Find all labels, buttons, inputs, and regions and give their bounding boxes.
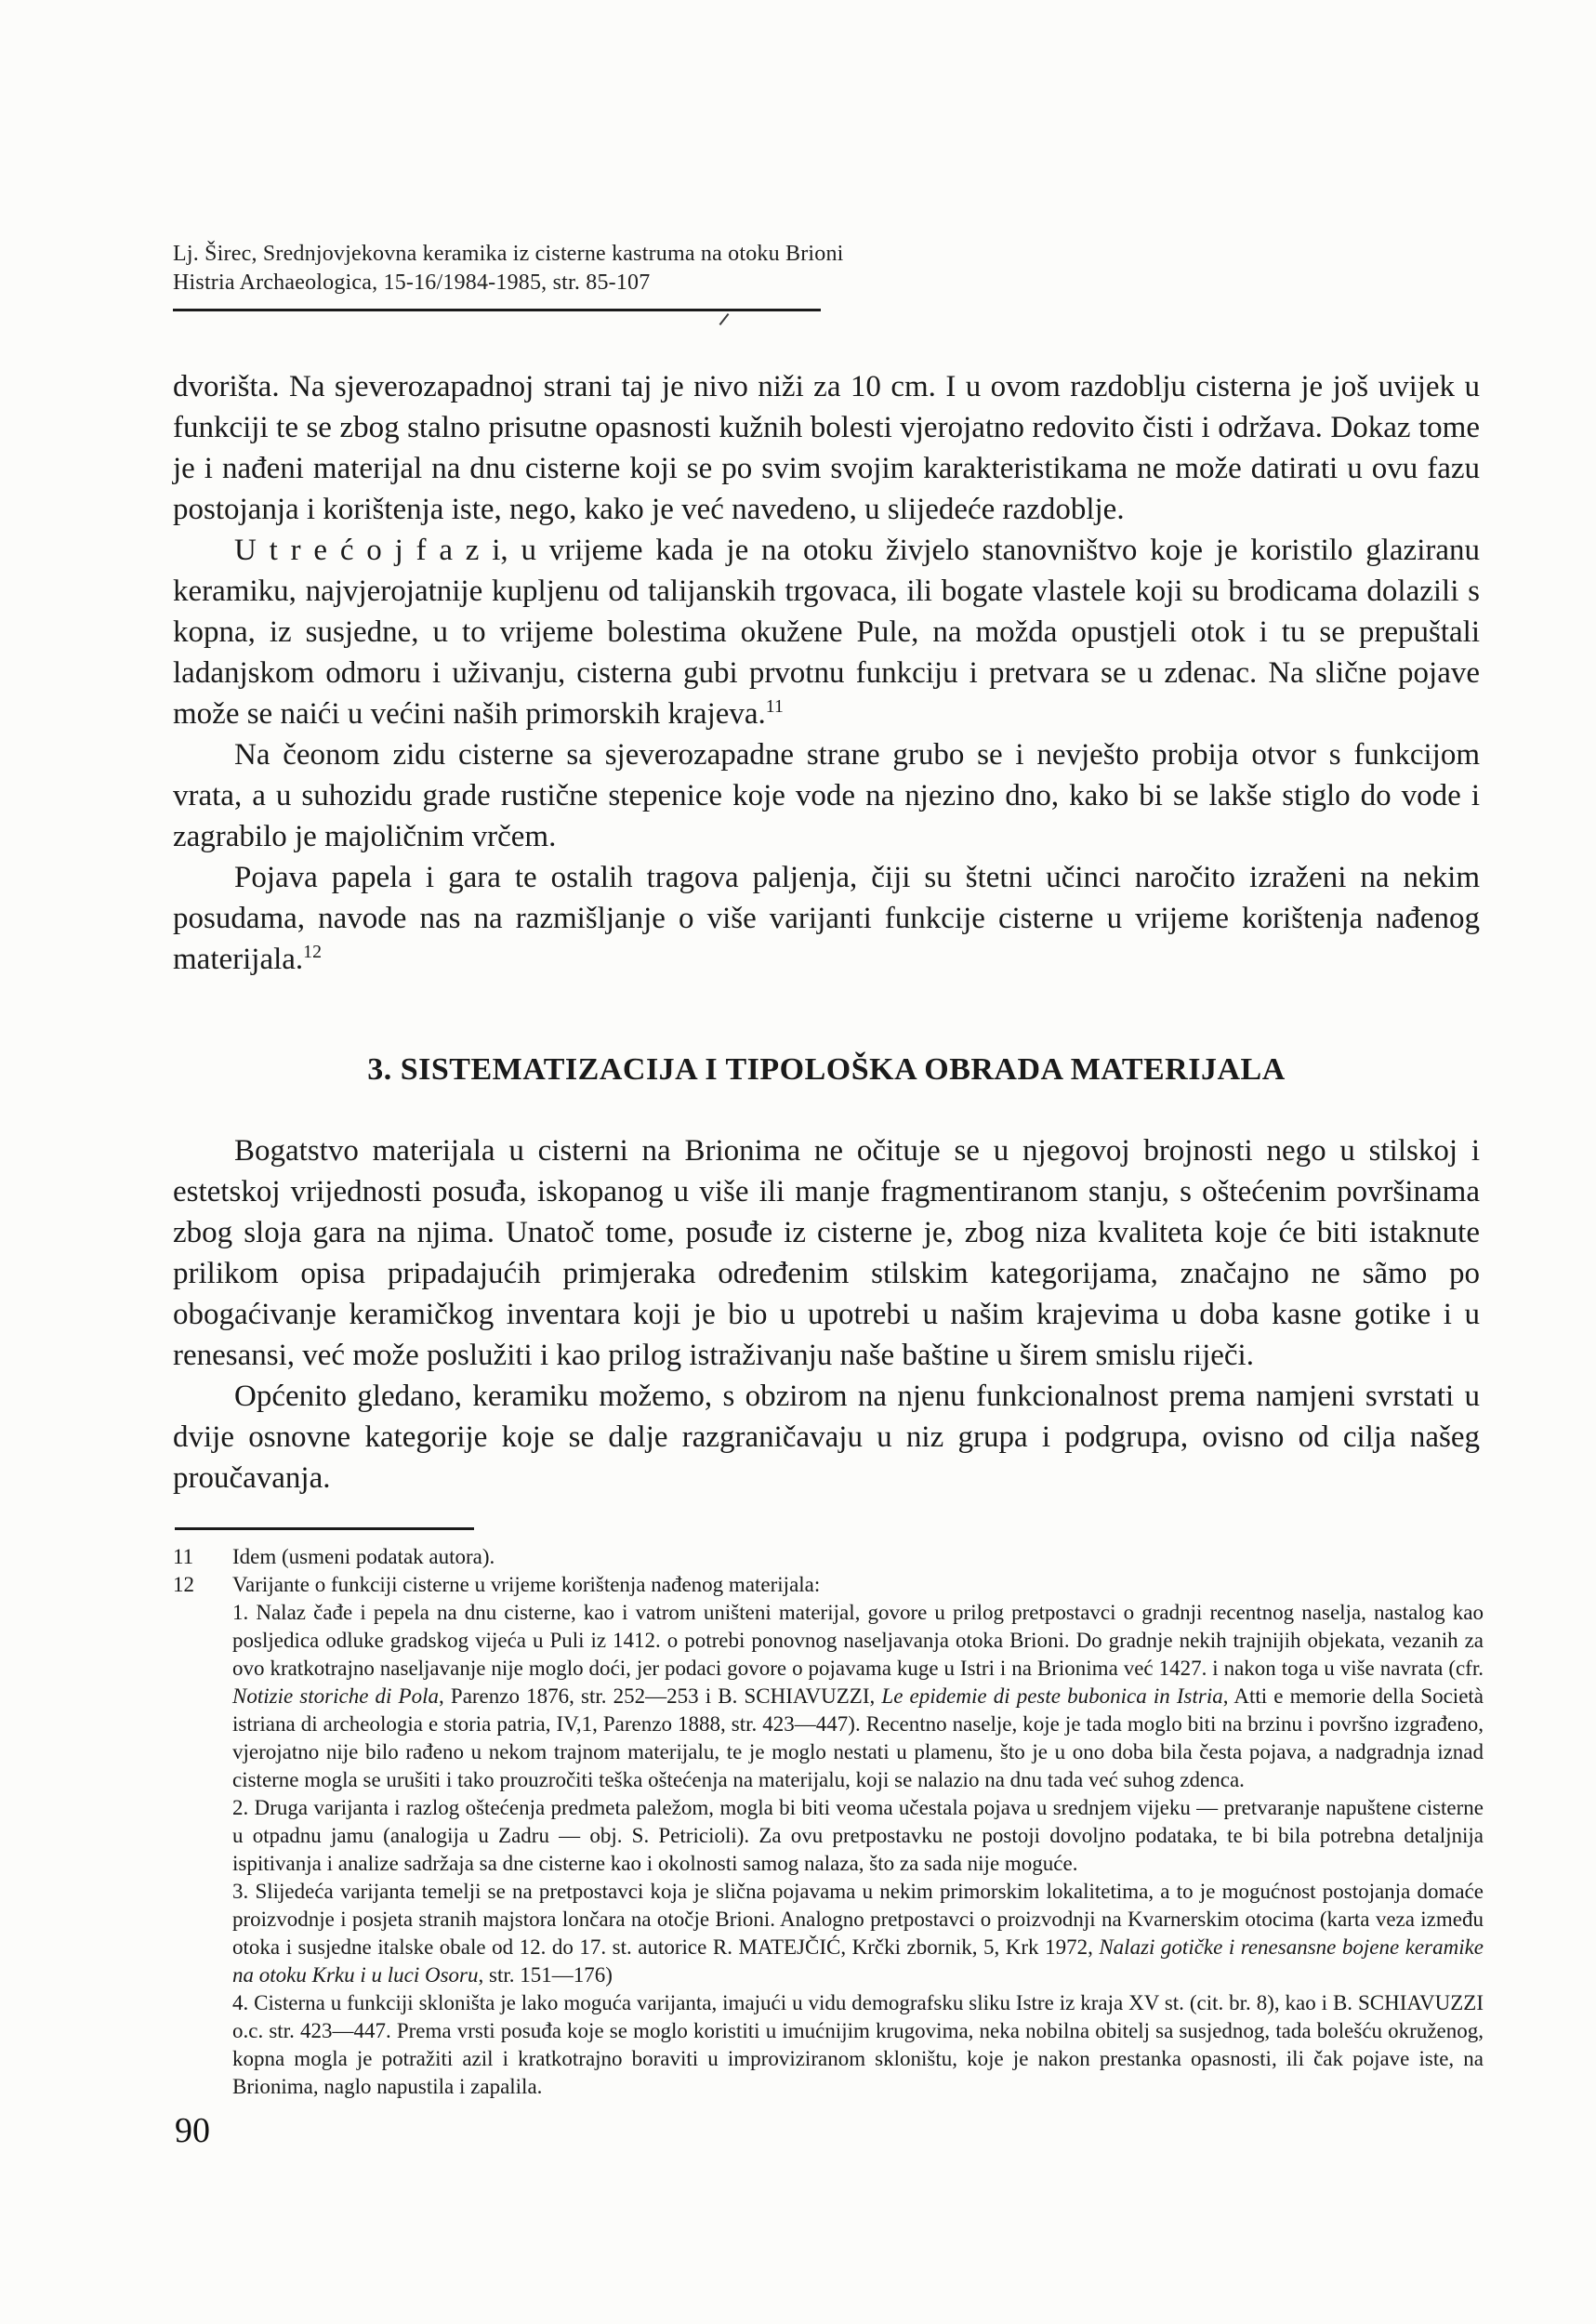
footnote-number: 11 xyxy=(173,1543,232,1571)
footnote-paragraph: 3. Slijedeća varijanta temelji se na pre… xyxy=(232,1878,1484,1989)
header-rule xyxy=(173,309,821,311)
paragraph: U t r e ć o j f a z i, u vrijeme kada je… xyxy=(173,530,1480,734)
running-header-line1: Lj. Širec, Srednjovjekovna keramika iz c… xyxy=(173,240,1288,269)
running-header-line2: Histria Archaeologica, 15-16/1984-1985, … xyxy=(173,269,1288,297)
paragraph: Općenito gledano, keramiku možemo, s obz… xyxy=(173,1376,1480,1499)
body-text-block-2: Bogatstvo materijala u cisterni na Brion… xyxy=(173,1130,1480,1499)
running-header: Lj. Širec, Srednjovjekovna keramika iz c… xyxy=(173,240,1288,297)
scan-artifact-mark xyxy=(719,313,730,325)
footnote-paragraph: Idem (usmeni podatak autora). xyxy=(232,1543,1484,1571)
footnote-paragraph: 1. Nalaz čađe i pepela na dnu cisterne, … xyxy=(232,1599,1484,1794)
footnotes: 11 Idem (usmeni podatak autora). 12 Vari… xyxy=(173,1543,1484,2101)
footnote-paragraph: 4. Cisterna u funkciji skloništa je lako… xyxy=(232,1989,1484,2101)
scanned-paper-page: Lj. Širec, Srednjovjekovna keramika iz c… xyxy=(0,0,1596,2324)
section-heading: 3. SISTEMATIZACIJA I TIPOLOŠKA OBRADA MA… xyxy=(173,1052,1480,1088)
footnote-11: 11 Idem (usmeni podatak autora). xyxy=(173,1543,1484,1571)
paragraph: Bogatstvo materijala u cisterni na Brion… xyxy=(173,1130,1480,1376)
footnote-separator-rule xyxy=(175,1527,474,1530)
paragraph: Na čeonom zidu cisterne sa sjeverozapadn… xyxy=(173,734,1480,857)
footnote-text: Varijante o funkciji cisterne u vrijeme … xyxy=(232,1571,1484,2101)
paragraph: Pojava papela i gara te ostalih tragova … xyxy=(173,857,1480,980)
footnote-paragraph: 2. Druga varijanta i razlog oštećenja pr… xyxy=(232,1794,1484,1878)
footnote-12: 12 Varijante o funkciji cisterne u vrije… xyxy=(173,1571,1484,2101)
footnote-paragraph: Varijante o funkciji cisterne u vrijeme … xyxy=(232,1571,1484,1599)
body-text-block-1: dvorišta. Na sjeverozapadnoj strani taj … xyxy=(173,366,1480,980)
footnote-number: 12 xyxy=(173,1571,232,1599)
paragraph: dvorišta. Na sjeverozapadnoj strani taj … xyxy=(173,366,1480,530)
page-number: 90 xyxy=(175,2110,210,2151)
footnote-text: Idem (usmeni podatak autora). xyxy=(232,1543,1484,1571)
